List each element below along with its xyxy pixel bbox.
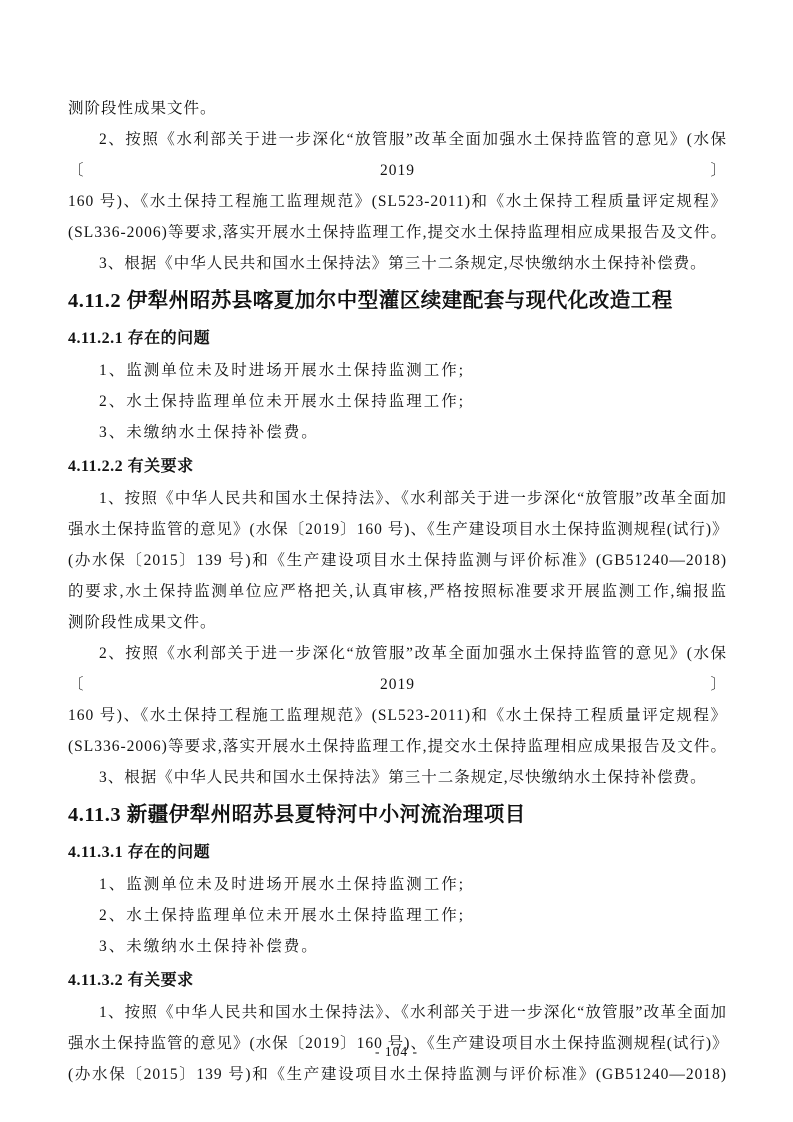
section-heading: 4.11.2 伊犁州昭苏县喀夏加尔中型灌区续建配套与现代化改造工程 [68,283,727,320]
subsection-heading: 4.11.3.1 存在的问题 [68,836,727,869]
body-line: 测阶段性成果文件。 [68,93,727,124]
body-line: 1、按照《中华人民共和国水土保持法》、《水利部关于进一步深化“放管服”改革全面加 [68,997,727,1028]
list-item-line: 2、水土保持监理单位未开展水土保持监理工作; [68,900,727,931]
body-line: 的要求,水土保持监测单位应严格把关,认真审核,严格按照标准要求开展监测工作,编报… [68,576,727,607]
body-line: (SL336-2006)等要求,落实开展水土保持监理工作,提交水土保持监理相应成… [68,731,727,762]
body-line: 2、按照《水利部关于进一步深化“放管服”改革全面加强水土保持监管的意见》(水保〔… [68,124,727,186]
page-footer: - 104 - [0,1044,793,1060]
list-item-line: 3、未缴纳水土保持补偿费。 [68,931,727,962]
body-line: 1、按照《中华人民共和国水土保持法》、《水利部关于进一步深化“放管服”改革全面加 [68,483,727,514]
body-line: 测阶段性成果文件。 [68,607,727,638]
body-line: (SL336-2006)等要求,落实开展水土保持监理工作,提交水土保持监理相应成… [68,217,727,248]
list-item-line: 2、水土保持监理单位未开展水土保持监理工作; [68,386,727,417]
document-page: 测阶段性成果文件。 2、按照《水利部关于进一步深化“放管服”改革全面加强水土保持… [0,0,793,1122]
body-line: (办水保〔2015〕139 号)和《生产建设项目水土保持监测与评价标准》(GB5… [68,1059,727,1090]
body-line: 160 号)、《水土保持工程施工监理规范》(SL523-2011)和《水土保持工… [68,186,727,217]
body-line: 3、根据《中华人民共和国水土保持法》第三十二条规定,尽快缴纳水土保持补偿费。 [68,762,727,793]
subsection-heading: 4.11.2.1 存在的问题 [68,322,727,355]
subsection-heading: 4.11.2.2 有关要求 [68,450,727,483]
subsection-heading: 4.11.3.2 有关要求 [68,964,727,997]
page-number: - 104 - [375,1044,418,1059]
body-line: (办水保〔2015〕139 号)和《生产建设项目水土保持监测与评价标准》(GB5… [68,545,727,576]
body-line: 2、按照《水利部关于进一步深化“放管服”改革全面加强水土保持监管的意见》(水保〔… [68,638,727,700]
body-line: 强水土保持监管的意见》(水保〔2019〕160 号)、《生产建设项目水土保持监测… [68,514,727,545]
list-item-line: 1、监测单位未及时进场开展水土保持监测工作; [68,869,727,900]
body-line: 160 号)、《水土保持工程施工监理规范》(SL523-2011)和《水土保持工… [68,700,727,731]
body-line: 3、根据《中华人民共和国水土保持法》第三十二条规定,尽快缴纳水土保持补偿费。 [68,248,727,279]
list-item-line: 1、监测单位未及时进场开展水土保持监测工作; [68,355,727,386]
list-item-line: 3、未缴纳水土保持补偿费。 [68,417,727,448]
section-heading: 4.11.3 新疆伊犁州昭苏县夏特河中小河流治理项目 [68,797,727,834]
page-content: 测阶段性成果文件。 2、按照《水利部关于进一步深化“放管服”改革全面加强水土保持… [68,93,727,1090]
